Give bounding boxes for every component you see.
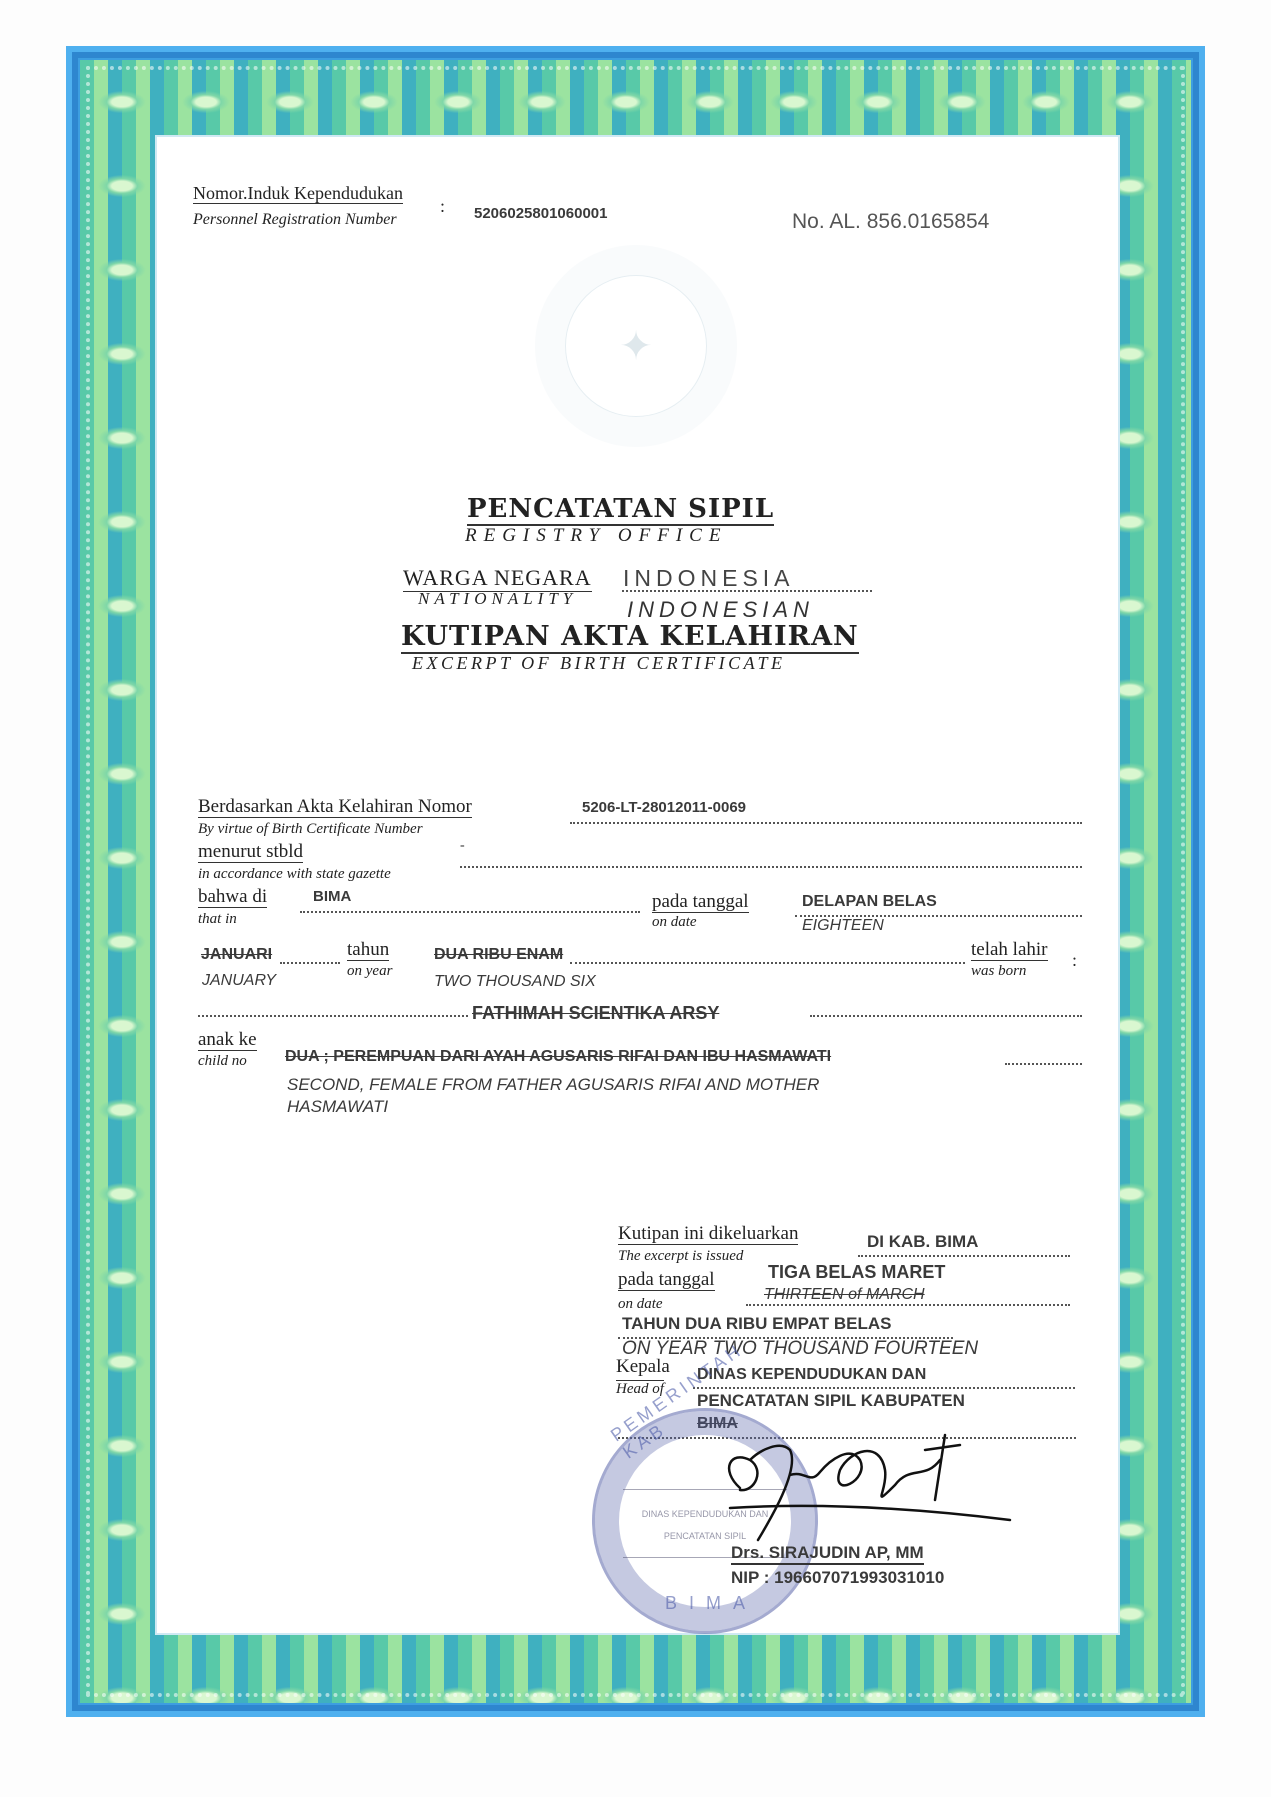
nationality-value: INDONESIA xyxy=(623,565,795,592)
born-label: telah lahir xyxy=(971,940,1048,961)
stbld-dotted-line xyxy=(460,866,1082,868)
nationality-label: WARGA NEGARA xyxy=(403,565,592,592)
nationality-value-en: INDONESIAN xyxy=(627,597,814,623)
serial-number: No. AL. 856.0165854 xyxy=(792,210,989,234)
issue-date-value: TIGA BELAS MARET xyxy=(768,1262,945,1283)
stamp-ring-bottom: BIMA xyxy=(665,1593,757,1614)
head-value-line2: PENCATATAN SIPIL KABUPATEN xyxy=(697,1391,965,1411)
nationality-dotted-line xyxy=(622,590,872,592)
year-label-en: on year xyxy=(347,963,392,979)
child-name-dotted-line-left xyxy=(198,1015,468,1017)
child-no-value: DUA ; PEREMPUAN DARI AYAH AGUSARIS RIFAI… xyxy=(285,1048,831,1066)
issue-date-label-en: on date xyxy=(618,1296,663,1312)
issue-date-dotted-line xyxy=(746,1304,1070,1306)
stbld-label-en: in accordance with state gazette xyxy=(198,866,391,882)
child-name: FATHIMAH SCIENTIKA ARSY xyxy=(472,1003,719,1024)
place-dotted-line xyxy=(300,911,640,913)
head-dotted-line-1 xyxy=(693,1387,1075,1389)
registry-title-en: REGISTRY OFFICE xyxy=(465,525,727,547)
issue-date-value-en: THIRTEEN of MARCH xyxy=(764,1286,925,1304)
child-no-dotted-line xyxy=(1005,1063,1082,1065)
month-dotted-line xyxy=(280,962,340,964)
head-label: Kepala xyxy=(616,1357,670,1377)
year-dotted-line xyxy=(570,962,965,964)
month-value: JANUARI xyxy=(201,946,272,964)
child-no-value-en-2: HASMAWATI xyxy=(287,1097,388,1117)
official-nip: NIP : 196607071993031010 xyxy=(731,1568,944,1588)
place-label: bahwa di xyxy=(198,887,267,908)
official-name: Drs. SIRAJUDIN AP, MM xyxy=(731,1543,924,1565)
child-no-label: anak ke xyxy=(198,1030,257,1051)
issued-place: DI KAB. BIMA xyxy=(867,1232,978,1252)
cert-number-value: 5206-LT-28012011-0069 xyxy=(582,799,746,816)
signature-icon xyxy=(710,1430,1020,1550)
registry-title: PENCATATAN SIPIL xyxy=(467,494,774,526)
child-no-label-en: child no xyxy=(198,1053,247,1069)
issued-label: Kutipan ini dikeluarkan xyxy=(618,1224,798,1245)
year-value: DUA RIBU ENAM xyxy=(434,946,563,964)
year-value-en: TWO THOUSAND SIX xyxy=(434,973,596,991)
cert-number-label-en: By virtue of Birth Certificate Number xyxy=(198,821,423,837)
stbld-value: - xyxy=(460,838,465,854)
day-value: DELAPAN BELAS xyxy=(802,893,937,911)
year-label: tahun xyxy=(347,940,389,961)
day-value-en: EIGHTEEN xyxy=(802,917,884,935)
date-label: pada tanggal xyxy=(652,892,749,913)
issue-date-label: pada tanggal xyxy=(618,1270,715,1291)
cert-number-label: Berdasarkan Akta Kelahiran Nomor xyxy=(198,797,472,818)
place-value: BIMA xyxy=(313,888,351,905)
stbld-label: menurut stbld xyxy=(198,842,303,863)
issued-label-en: The excerpt is issued xyxy=(618,1248,743,1264)
child-no-value-en-1: SECOND, FEMALE FROM FATHER AGUSARIS RIFA… xyxy=(287,1075,819,1095)
nik-label: Nomor.Induk Kependudukan xyxy=(193,183,403,204)
child-name-dotted-line-right xyxy=(810,1015,1082,1017)
born-label-en: was born xyxy=(971,963,1026,979)
nik-label-en: Personnel Registration Number xyxy=(193,212,397,228)
document-title-en: EXCERPT OF BIRTH CERTIFICATE xyxy=(412,653,785,674)
document-title: KUTIPAN AKTA KELAHIRAN xyxy=(401,621,859,654)
place-label-en: that in xyxy=(198,911,237,927)
born-colon: : xyxy=(1072,950,1077,971)
nik-value: 5206025801060001 xyxy=(474,205,607,222)
cert-number-dotted-line xyxy=(570,822,1082,824)
garuda-watermark-icon: ✦ xyxy=(565,275,707,417)
month-value-en: JANUARY xyxy=(202,972,276,990)
issued-place-dotted-line xyxy=(858,1255,1070,1257)
nationality-label-en: NATIONALITY xyxy=(418,589,577,609)
nik-colon: : xyxy=(440,196,445,217)
date-label-en: on date xyxy=(652,914,697,930)
